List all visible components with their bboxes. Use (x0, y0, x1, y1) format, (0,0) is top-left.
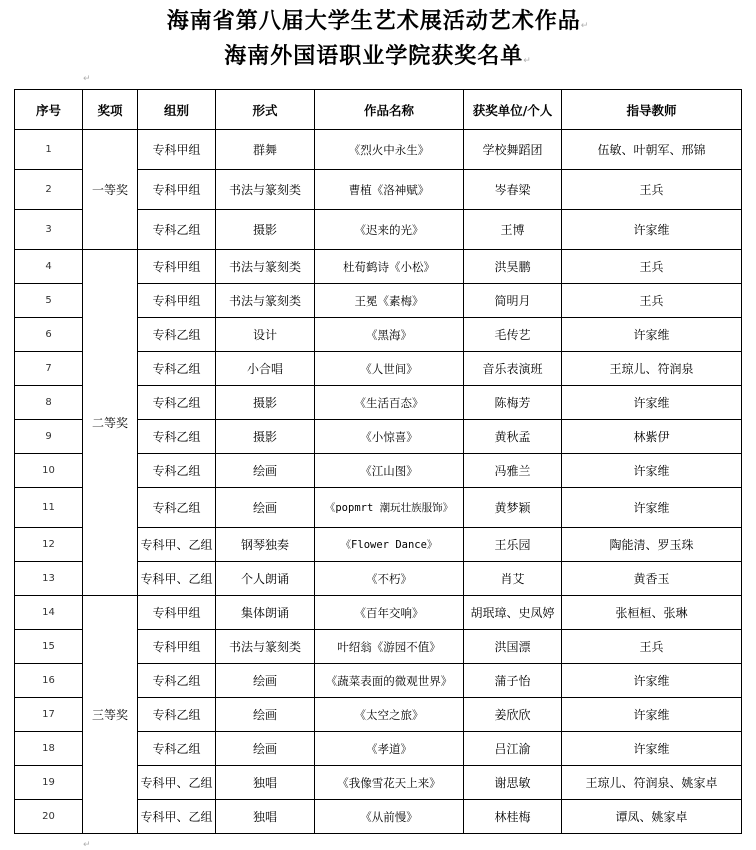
header-winner: 获奖单位/个人 (464, 90, 562, 130)
cell-winner: 林桂梅 (464, 800, 562, 834)
cell-group: 专科乙组 (138, 454, 216, 488)
cell-work: 《百年交响》 (315, 596, 464, 630)
document-title-line1: 海南省第八届大学生艺术展活动艺术作品↵ (0, 8, 756, 40)
cell-form: 摄影 (216, 210, 315, 250)
cell-work: 《太空之旅》 (315, 698, 464, 732)
cell-form: 绘画 (216, 664, 315, 698)
header-teacher: 指导教师 (562, 90, 742, 130)
cell-winner: 蒲子怡 (464, 664, 562, 698)
paragraph-mark-icon: ↵ (83, 74, 91, 84)
cell-teacher: 王琼儿、符润泉、姚家卓 (562, 766, 742, 800)
cell-group: 专科甲、乙组 (138, 800, 216, 834)
cell-group: 专科乙组 (138, 318, 216, 352)
header-award: 奖项 (83, 90, 138, 130)
cell-winner: 岑春梁 (464, 170, 562, 210)
cell-no: 4 (15, 250, 83, 284)
paragraph-mark-icon: ↵ (523, 56, 532, 66)
cell-work: 叶绍翁《游园不值》 (315, 630, 464, 664)
cell-no: 9 (15, 420, 83, 454)
cell-group: 专科乙组 (138, 698, 216, 732)
cell-group: 专科甲、乙组 (138, 528, 216, 562)
cell-form: 独唱 (216, 800, 315, 834)
cell-teacher: 张桓桓、张琳 (562, 596, 742, 630)
cell-form: 书法与篆刻类 (216, 170, 315, 210)
cell-work: 王冕《素梅》 (315, 284, 464, 318)
cell-winner: 姜欣欣 (464, 698, 562, 732)
cell-group: 专科甲、乙组 (138, 766, 216, 800)
cell-teacher: 许家维 (562, 386, 742, 420)
cell-form: 设计 (216, 318, 315, 352)
cell-winner: 简明月 (464, 284, 562, 318)
cell-form: 个人朗诵 (216, 562, 315, 596)
cell-award: 二等奖 (83, 250, 138, 596)
cell-form: 摄影 (216, 420, 315, 454)
cell-no: 16 (15, 664, 83, 698)
table-row: 14三等奖专科甲组集体朗诵《百年交响》胡珉璋、史凤婷张桓桓、张琳 (15, 596, 742, 630)
cell-no: 12 (15, 528, 83, 562)
header-no: 序号 (15, 90, 83, 130)
cell-teacher: 许家维 (562, 732, 742, 766)
cell-no: 20 (15, 800, 83, 834)
cell-work: 《江山图》 (315, 454, 464, 488)
cell-group: 专科乙组 (138, 210, 216, 250)
cell-form: 绘画 (216, 732, 315, 766)
cell-winner: 吕江渝 (464, 732, 562, 766)
cell-no: 2 (15, 170, 83, 210)
cell-group: 专科乙组 (138, 732, 216, 766)
cell-no: 3 (15, 210, 83, 250)
cell-work: 杜荀鹤诗《小松》 (315, 250, 464, 284)
cell-group: 专科乙组 (138, 488, 216, 528)
cell-teacher: 许家维 (562, 488, 742, 528)
cell-no: 19 (15, 766, 83, 800)
cell-work: 《蔬菜表面的微观世界》 (315, 664, 464, 698)
cell-no: 11 (15, 488, 83, 528)
cell-winner: 黄梦颖 (464, 488, 562, 528)
cell-no: 10 (15, 454, 83, 488)
cell-teacher: 黄香玉 (562, 562, 742, 596)
cell-teacher: 伍敏、叶朝军、邢锦 (562, 130, 742, 170)
cell-no: 18 (15, 732, 83, 766)
cell-work: 《我像雪花天上来》 (315, 766, 464, 800)
cell-work: 《生活百态》 (315, 386, 464, 420)
cell-form: 独唱 (216, 766, 315, 800)
cell-teacher: 王琼儿、符润泉 (562, 352, 742, 386)
cell-group: 专科乙组 (138, 420, 216, 454)
cell-teacher: 王兵 (562, 170, 742, 210)
cell-no: 7 (15, 352, 83, 386)
cell-work: 《烈火中永生》 (315, 130, 464, 170)
header-group: 组别 (138, 90, 216, 130)
cell-work: 《Flower Dance》 (315, 528, 464, 562)
paragraph-mark-icon: ↵ (83, 840, 91, 850)
cell-group: 专科甲组 (138, 630, 216, 664)
cell-teacher: 许家维 (562, 698, 742, 732)
table-header-row: 序号 奖项 组别 形式 作品名称 获奖单位/个人 指导教师 (15, 90, 742, 130)
cell-work: 《人世间》 (315, 352, 464, 386)
cell-group: 专科甲组 (138, 284, 216, 318)
cell-form: 群舞 (216, 130, 315, 170)
cell-winner: 毛传艺 (464, 318, 562, 352)
header-form: 形式 (216, 90, 315, 130)
cell-teacher: 林紫伊 (562, 420, 742, 454)
cell-form: 绘画 (216, 454, 315, 488)
cell-form: 绘画 (216, 488, 315, 528)
cell-group: 专科乙组 (138, 386, 216, 420)
award-table: 序号 奖项 组别 形式 作品名称 获奖单位/个人 指导教师 1一等奖专科甲组群舞… (14, 89, 742, 834)
cell-work: 《黑海》 (315, 318, 464, 352)
cell-work: 《孝道》 (315, 732, 464, 766)
table-row: 1一等奖专科甲组群舞《烈火中永生》学校舞蹈团伍敏、叶朝军、邢锦 (15, 130, 742, 170)
cell-group: 专科甲组 (138, 130, 216, 170)
cell-winner: 洪昊鹏 (464, 250, 562, 284)
cell-work: 《popmrt 潮玩壮族服饰》 (315, 488, 464, 528)
cell-form: 绘画 (216, 698, 315, 732)
cell-no: 1 (15, 130, 83, 170)
cell-work: 《小惊喜》 (315, 420, 464, 454)
table-row: 4二等奖专科甲组书法与篆刻类杜荀鹤诗《小松》洪昊鹏王兵 (15, 250, 742, 284)
cell-form: 书法与篆刻类 (216, 284, 315, 318)
cell-no: 5 (15, 284, 83, 318)
cell-winner: 王乐园 (464, 528, 562, 562)
cell-no: 15 (15, 630, 83, 664)
cell-teacher: 许家维 (562, 454, 742, 488)
cell-form: 集体朗诵 (216, 596, 315, 630)
cell-teacher: 王兵 (562, 250, 742, 284)
cell-work: 曹植《洛神赋》 (315, 170, 464, 210)
cell-form: 钢琴独奏 (216, 528, 315, 562)
cell-teacher: 许家维 (562, 210, 742, 250)
cell-award: 三等奖 (83, 596, 138, 834)
cell-teacher: 谭凤、姚家卓 (562, 800, 742, 834)
cell-form: 书法与篆刻类 (216, 630, 315, 664)
cell-no: 13 (15, 562, 83, 596)
cell-winner: 音乐表演班 (464, 352, 562, 386)
cell-work: 《不朽》 (315, 562, 464, 596)
cell-winner: 冯雅兰 (464, 454, 562, 488)
cell-winner: 陈梅芳 (464, 386, 562, 420)
cell-winner: 黄秋孟 (464, 420, 562, 454)
cell-group: 专科乙组 (138, 664, 216, 698)
cell-winner: 肖艾 (464, 562, 562, 596)
header-work: 作品名称 (315, 90, 464, 130)
document-title-line2: 海南外国语职业学院获奖名单↵ (0, 43, 756, 75)
cell-no: 14 (15, 596, 83, 630)
cell-winner: 洪国漂 (464, 630, 562, 664)
cell-winner: 胡珉璋、史凤婷 (464, 596, 562, 630)
cell-no: 6 (15, 318, 83, 352)
cell-teacher: 许家维 (562, 664, 742, 698)
cell-winner: 谢思敏 (464, 766, 562, 800)
cell-group: 专科甲组 (138, 596, 216, 630)
cell-no: 8 (15, 386, 83, 420)
cell-teacher: 许家维 (562, 318, 742, 352)
cell-work: 《从前慢》 (315, 800, 464, 834)
cell-winner: 学校舞蹈团 (464, 130, 562, 170)
cell-teacher: 陶能清、罗玉珠 (562, 528, 742, 562)
cell-form: 摄影 (216, 386, 315, 420)
cell-group: 专科甲组 (138, 170, 216, 210)
cell-teacher: 王兵 (562, 284, 742, 318)
cell-winner: 王博 (464, 210, 562, 250)
cell-work: 《迟来的光》 (315, 210, 464, 250)
cell-form: 书法与篆刻类 (216, 250, 315, 284)
cell-group: 专科甲、乙组 (138, 562, 216, 596)
paragraph-mark-icon: ↵ (581, 21, 590, 31)
cell-award: 一等奖 (83, 130, 138, 250)
cell-group: 专科甲组 (138, 250, 216, 284)
cell-form: 小合唱 (216, 352, 315, 386)
cell-teacher: 王兵 (562, 630, 742, 664)
cell-no: 17 (15, 698, 83, 732)
cell-group: 专科乙组 (138, 352, 216, 386)
